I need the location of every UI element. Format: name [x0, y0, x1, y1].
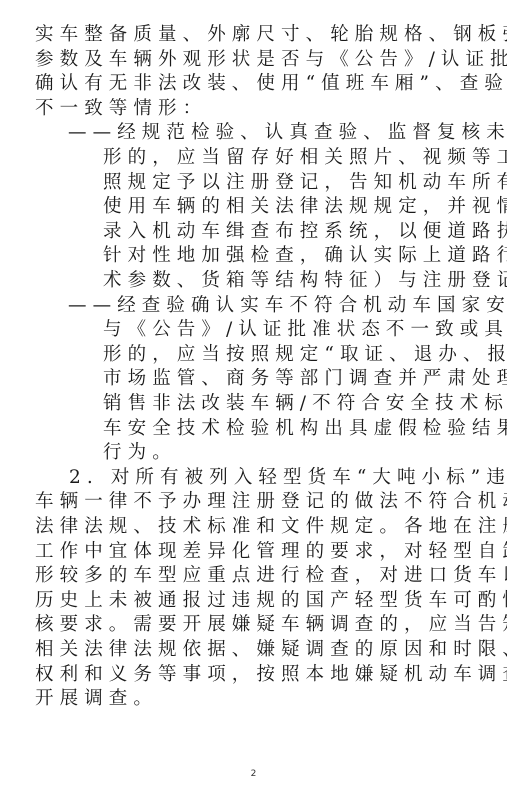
text-line: 权利和义务等事项，按照本地嫌疑机动车调查处置工作制度 [35, 663, 507, 688]
text-line: 形的，应当按照规定“取证、退办、报违规”，会同 [103, 343, 507, 368]
page-number: 2 [0, 769, 507, 779]
bullet-line: ——经查验确认实车不符合机动车国家安全技术标准、 [68, 294, 507, 319]
text-line: 针对性地加强检查，确认实际上道路行驶的货车（技 [103, 244, 507, 269]
text-line: 车安全技术检验机构出具虚假检验结果等违法违规 [103, 417, 507, 442]
text-line: 形较多的车型应重点进行检查，对进口货车以及生产规范、 [35, 564, 507, 589]
text-line: 与《公告》/认证批准状态不一致或具有非法改装情 [103, 318, 507, 343]
text-line: 历史上未被通报过违规的国产轻型货车可酌情简化监督复 [35, 589, 507, 614]
text-line: 录入机动车缉查布控系统，以便道路执勤执法环节 [103, 220, 507, 245]
text-line: 形的，应当留存好相关照片、视频等工作记录，按 [103, 146, 507, 171]
text-line: 使用车辆的相关法律法规规定，并视情将车辆信息 [103, 195, 507, 220]
text-line: 车辆一律不予办理注册登记的做法不符合机动车登记现行 [35, 490, 507, 515]
numbered-item-line: 2. 对所有被列入轻型货车“大吨小标”违规嫌疑车型的 [69, 466, 507, 491]
text-line: 市场监管、商务等部门调查并严肃处理车辆销售商 [103, 367, 507, 392]
text-line: 参数及车辆外观形状是否与《公告》/认证批准状态一致， [35, 48, 507, 73]
text-line: 确认有无非法改装、使用“值班车厢”、查验检验车辆外观 [35, 72, 507, 97]
document-page: 实车整备质量、外廓尺寸、轮胎规格、钢板弹簧片数等技术 参数及车辆外观形状是否与《… [0, 0, 507, 800]
text-line: 术参数、货箱等结构特征）与注册登记时是否一致； [103, 269, 507, 294]
text-line: 照规定予以注册登记，告知机动车所有人安全合法 [103, 171, 507, 196]
bullet-line: ——经规范检验、认真查验、监督复核未发现不合格情 [68, 121, 507, 146]
text-line: 相关法律法规依据、嫌疑调查的原因和时限、当事人享有的 [35, 638, 507, 663]
text-line: 销售非法改装车辆/不符合安全技术标准车辆、机动 [103, 392, 507, 417]
text-line: 核要求。需要开展嫌疑车辆调查的，应当告知机动车所有人 [35, 613, 507, 638]
text-line: 法律法规、技术标准和文件规定。各地在注册登记检验查验 [35, 515, 507, 540]
text-line: 行为。 [103, 441, 177, 466]
text-line: 工作中宜体现差异化管理的要求，对轻型自卸货车等违规情 [35, 540, 507, 565]
text-line: 开展调查。 [35, 687, 158, 712]
text-line: 实车整备质量、外廓尺寸、轮胎规格、钢板弹簧片数等技术 [35, 23, 507, 48]
text-line: 不一致等情形： [35, 97, 207, 122]
